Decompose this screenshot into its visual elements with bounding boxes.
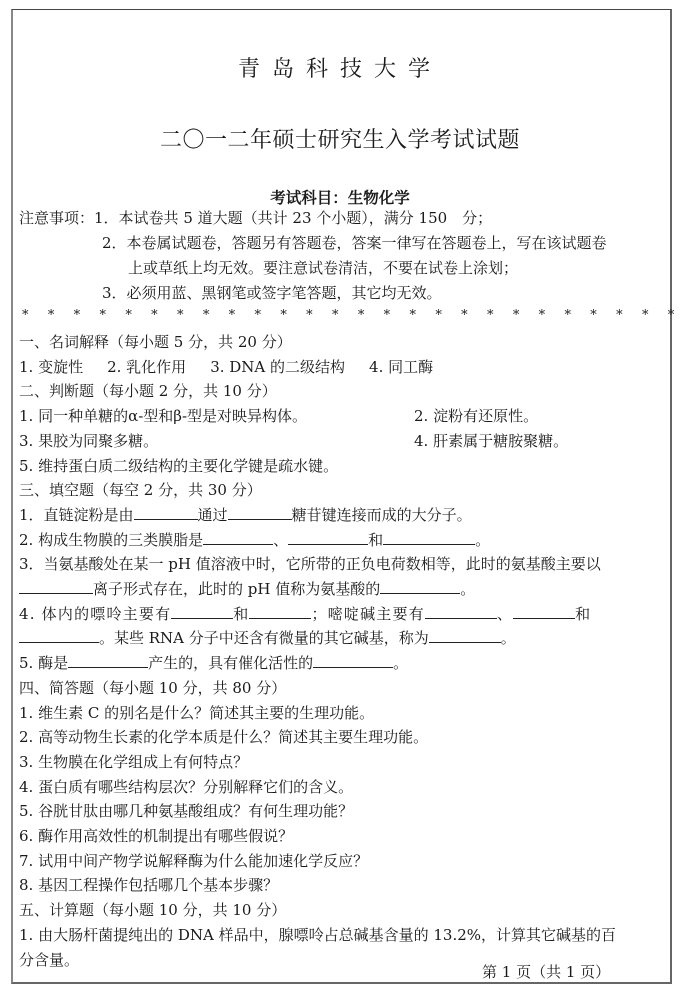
answer-blank [429, 628, 501, 643]
fill-item-cont: 离子形式存在，此时的 pH 值称为氨基酸的。 [19, 579, 475, 599]
short-answer-item: 3. 生物膜在化学组成上有何特点？ [19, 752, 248, 772]
answer-blank [228, 505, 292, 520]
exam-title: 二〇一二年硕士研究生入学考试试题 [0, 123, 680, 154]
answer-blank [249, 604, 311, 619]
answer-blank [383, 530, 475, 545]
answer-blank [513, 604, 575, 619]
notes-label: 注意事项： [19, 209, 94, 227]
answer-blank [288, 530, 368, 545]
term-item: 2. 乳化作用 [107, 358, 186, 376]
fill-item: 1．直链淀粉是由通过糖苷键连接而成的大分子。 [19, 505, 472, 525]
short-answer-item: 5. 谷胱甘肽由哪几种氨基酸组成？有何生理功能？ [19, 801, 353, 821]
section-heading: 二、判断题（每小题 2 分，共 10 分） [19, 381, 277, 401]
answer-blank [425, 604, 497, 619]
section-heading: 一、名词解释（每小题 5 分，共 20 分） [19, 332, 292, 352]
calc-item-cont: 分含量。 [19, 950, 79, 970]
page-number: 第 1 页（共 1 页） [482, 961, 610, 982]
short-answer-item: 6. 酶作用高效性的机制提出有哪些假说？ [19, 826, 293, 846]
subject-label: 考试科目： [270, 188, 348, 207]
short-answer-item: 1. 维生素 C 的别名是什么？简述其主要的生理功能。 [19, 703, 374, 723]
fill-item: 5. 酶是产生的，具有催化活性的。 [19, 653, 408, 673]
judge-item: 2. 淀粉有还原性。 [414, 406, 538, 426]
short-answer-item: 2. 高等动物生长素的化学本质是什么？简述其主要生理功能。 [19, 727, 428, 747]
star-divider: * * * * * * * * * * * * * * * * * * * * … [22, 308, 680, 323]
answer-blank [203, 530, 273, 545]
subject-value: 生物化学 [348, 188, 410, 207]
exam-subject: 考试科目：生物化学 [0, 186, 680, 208]
fill-item: 4. 体内的嘌呤主要有和；嘧啶碱主要有、和 [19, 604, 591, 624]
term-item: 4. 同工酶 [369, 358, 433, 376]
answer-blank [19, 579, 93, 594]
calc-item: 1. 由大肠杆菌提纯出的 DNA 样品中，腺嘌呤占总碱基含量的 13.2%，计算… [19, 925, 616, 945]
notes-line-1: 注意事项：1．本试卷共 5 道大题（共计 23 个小题），满分 150 分； [19, 208, 492, 228]
note-item: 上或草纸上均无效。要注意试卷清洁，不要在试卷上涂划； [128, 258, 518, 278]
section-heading: 五、计算题（每小题 10 分，共 10 分） [19, 900, 286, 920]
fill-item-cont: 。某些 RNA 分子中还含有微量的其它碱基，称为。 [19, 628, 516, 648]
note-item: 1．本试卷共 5 道大题（共计 23 个小题），满分 150 分； [94, 209, 492, 227]
term-item: 3. DNA 的二级结构 [210, 358, 345, 376]
fill-item: 2. 构成生物膜的三类膜脂是、和。 [19, 530, 490, 550]
answer-blank [380, 579, 460, 594]
judge-item: 5. 维持蛋白质二级结构的主要化学键是疏水键。 [19, 456, 338, 476]
section-1-terms: 1. 变旋性2. 乳化作用3. DNA 的二级结构4. 同工酶 [19, 357, 433, 377]
section-heading: 四、简答题（每小题 10 分，共 80 分） [19, 678, 286, 698]
note-item: 3．必须用蓝、黑钢笔或签字笔答题，其它均无效。 [102, 283, 442, 303]
short-answer-item: 7. 试用中间产物学说解释酶为什么能加速化学反应？ [19, 851, 368, 871]
short-answer-item: 8. 基因工程操作包括哪几个基本步骤？ [19, 875, 278, 895]
section-heading: 三、填空题（每空 2 分，共 30 分） [19, 480, 262, 500]
note-item: 2．本卷属试题卷，答题另有答题卷，答案一律写在答题卷上，写在该试题卷 [102, 233, 607, 253]
answer-blank [171, 604, 233, 619]
answer-blank [313, 653, 393, 668]
judge-item: 3. 果胶为同聚多糖。 [19, 431, 158, 451]
answer-blank [68, 653, 148, 668]
judge-item: 4. 肝素属于糖胺聚糖。 [414, 431, 568, 451]
answer-blank [19, 628, 99, 643]
short-answer-item: 4. 蛋白质有哪些结构层次？分别解释它们的含义。 [19, 777, 353, 797]
university-name: 青岛科技大学 [0, 52, 680, 83]
judge-item: 1. 同一种单糖的α-型和β-型是对映异构体。 [19, 406, 307, 426]
fill-item: 3．当氨基酸处在某一 pH 值溶液中时，它所带的正负电荷数相等，此时的氨基酸主要… [19, 554, 601, 574]
term-item: 1. 变旋性 [19, 358, 83, 376]
answer-blank [134, 505, 198, 520]
